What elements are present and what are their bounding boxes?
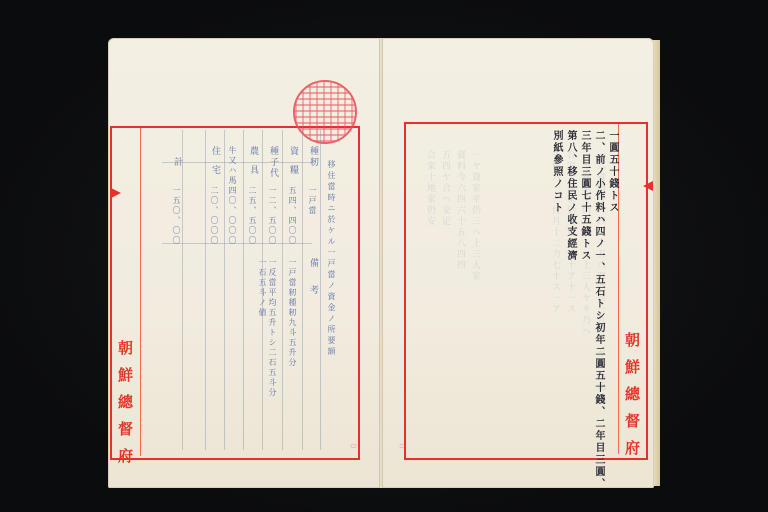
- table-header-total: 計: [172, 157, 181, 168]
- table-col-rule: [243, 130, 244, 450]
- remarks-label: 備考: [308, 258, 317, 312]
- left-margin-rule: [140, 128, 141, 456]
- table-header: 種子代: [268, 146, 277, 179]
- table-col-rule: [282, 130, 283, 450]
- text-line: 第八、移住民ノ收支經濟: [565, 130, 575, 262]
- table-header: 資糧: [288, 146, 297, 184]
- ghost-text: 合家十地家仍安: [425, 150, 434, 227]
- table-value: 五四、四〇〇: [288, 186, 296, 246]
- table-value-total: 一五〇、〇〇: [172, 186, 180, 246]
- ghost-text: 資料今六四六十五八四四: [455, 150, 464, 271]
- left-page-heading: 移住當時ニ於ケル一戸當ノ資金ノ所要額: [327, 160, 335, 358]
- table-col-rule: [205, 130, 206, 450]
- ghost-text: 一ヤ資家平仍三ヘ上三人家: [470, 150, 479, 282]
- table-col-rule: [302, 130, 303, 450]
- table-header: 種籾: [308, 146, 317, 168]
- right-fold-marker: [643, 181, 653, 191]
- table-value: 四〇、〇〇〇: [228, 186, 236, 246]
- table-header: 住宅: [210, 146, 219, 184]
- text-line: 一圓五十錢トス: [607, 130, 617, 214]
- table-note: 一戸當籾種籾九斗五升分: [288, 258, 296, 368]
- table-value: 二五、五〇〇: [248, 186, 256, 246]
- table-value: 一戸當: [308, 186, 316, 216]
- book-spine: [379, 38, 383, 488]
- table-col-rule: [320, 130, 321, 450]
- text-line: 三年目三圓七十五錢トス: [579, 130, 589, 262]
- right-margin-rule: [618, 124, 619, 454]
- table-value: 二〇、〇〇〇: [210, 186, 218, 246]
- table-note: 一石五斗ノ値: [258, 258, 266, 318]
- ghost-text: 五四ヤ合ヘ安定: [440, 150, 449, 227]
- table-value: 一二、五〇〇: [268, 186, 276, 246]
- left-page-number-mark: 〔〕: [348, 440, 357, 452]
- left-margin-title: 朝鮮總督府: [117, 340, 132, 475]
- text-line: 別紙參照ノコト: [551, 130, 561, 214]
- left-fold-marker: [111, 188, 121, 198]
- table-header: 牛又ハ馬: [228, 146, 236, 186]
- table-col-rule: [224, 130, 225, 450]
- right-page-number-mark: 〔〕: [397, 440, 406, 452]
- text-line: 二、前ノ小作料ハ四ノ一、五石トシ初年二圓五十錢、二年目三圓、: [593, 130, 603, 490]
- right-margin-title: 朝鮮總督府: [624, 332, 639, 467]
- table-note: 一反當平均五升トシ二石五斗分: [268, 258, 276, 398]
- table-header: 農具: [248, 146, 257, 184]
- table-col-rule: [182, 130, 183, 450]
